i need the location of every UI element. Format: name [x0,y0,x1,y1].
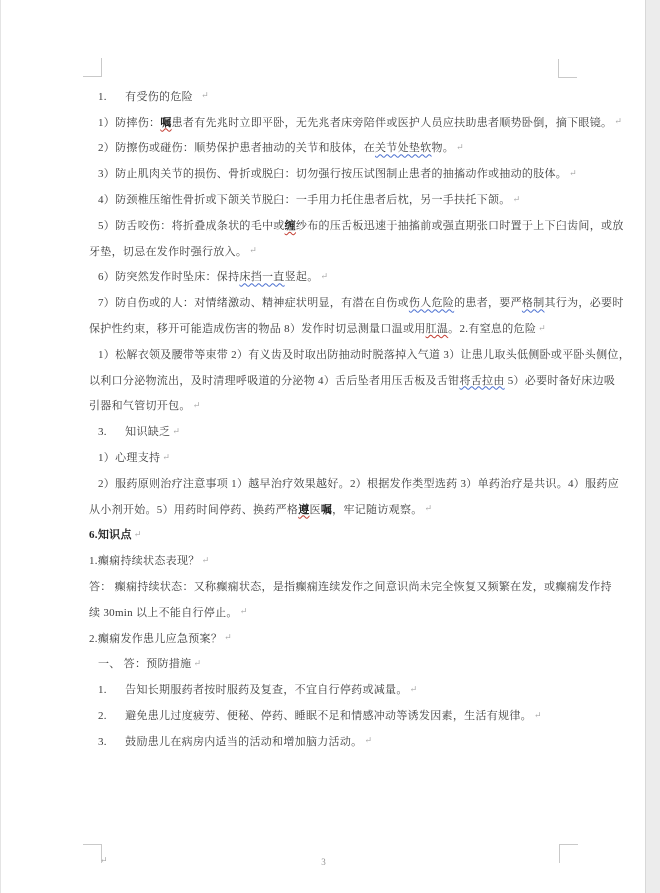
margin-corner-mark-top-left [83,58,102,77]
spellcheck-marked-text: 嘱 [160,114,171,130]
text-run: 6.知识点 [89,526,132,542]
paragraph-mark-icon: ↵ [193,400,201,411]
text-line[interactable]: 2）服药原则治疗注意事项 1）越早治疗效果越好。2）根据发作类型选药 3）单药治… [1,470,660,496]
document-body[interactable]: 1. 有受伤的危险 ↵1）防摔伤：嘱患者有先兆时立即平卧，无先兆者床旁陪伴或医护… [1,83,660,754]
text-line[interactable]: 1.癫痫持续状态表现？↵ [1,547,660,573]
text-run: 保护性约束，移开可能造成伤害的物品 8）发作时切忌测量口温或用 [89,320,426,336]
text-line[interactable]: 3）防止肌肉关节的损伤、骨折或脱臼：切勿强行按压试图制止患者的抽搐动作或抽动的肢… [1,160,660,186]
text-run: 牙垫，切忌在发作时强行放入。 [89,243,247,259]
paragraph-mark-icon: ↵ [425,503,433,514]
paragraph-mark-icon: ↵ [538,323,546,334]
paragraph-mark-icon: ↵ [569,168,577,179]
text-line[interactable]: 6）防突然发作时坠床：保持床挡一直竖起。↵ [1,264,660,290]
text-line[interactable]: 1. 有受伤的危险 ↵ [1,83,660,109]
spellcheck-marked-text: 缠 [285,217,296,233]
text-line[interactable]: 以利口分泌物流出，及时清理呼吸道的分泌物 4）舌后坠者用压舌板及舌钳将舌拉由 5… [1,367,660,393]
paragraph-mark-icon: ↵ [249,245,257,256]
text-run: 1）心理支持 [98,449,160,465]
paragraph-mark-icon: ↵ [202,555,210,566]
paragraph-mark-icon: ↵ [224,632,232,643]
text-run: 。2.有窒息的危险 [448,320,536,336]
paragraph-mark-icon: ↵ [513,194,521,205]
text-line[interactable]: 答： 癫痫持续状态：又称癫痫状态，是指癫痫连续发作之间意识尚未完全恢复又频繁在发… [1,573,660,599]
text-run: 4）防颈椎压缩性骨折或下颌关节脱臼：一手用力托住患者后枕，另一手扶托下颌。 [98,191,511,207]
text-line[interactable]: 一、 答：预防措施↵ [1,651,660,677]
text-run: 答： 癫痫持续状态：又称癫痫状态，是指癫痫连续发作之间意识尚未完全恢复又频繁在发… [89,578,612,594]
text-line[interactable]: 牙垫，切忌在发作时强行放入。↵ [1,238,660,264]
text-run: 从小剂开始。5）用药时间停药、换药严格 [89,501,298,517]
text-run: 5）必要时备好床边吸 [505,372,616,388]
text-line[interactable]: 1）松解衣领及腰带等束带 2）有义齿及时取出防抽动时脱落掉入气道 3）让患儿取头… [1,341,660,367]
text-run: 其行为，必要时 [545,294,624,310]
text-line[interactable]: 引器和气管切开包。↵ [1,393,660,419]
paragraph-mark-icon: ↵ [240,606,248,617]
text-line[interactable]: 2.癫痫发作患儿应急预案？↵ [1,625,660,651]
text-run: 一、 答：预防措施 [98,655,191,671]
text-run: 5）防舌咬伤：将折叠成条状的毛中或 [98,217,285,233]
paragraph-mark-icon: ↵ [162,452,170,463]
text-line[interactable]: 保护性约束，移开可能造成伤害的物品 8）发作时切忌测量口温或用肛温。2.有窒息的… [1,315,660,341]
text-run: 引器和气管切开包。 [89,397,191,413]
text-run: 1. 告知长期服药者按时服药及复查，不宜自行停药或减量。 [98,681,408,697]
text-line[interactable]: 1）防摔伤：嘱患者有先兆时立即平卧，无先兆者床旁陪伴或医护人员应扶助患者顺势卧倒… [1,109,660,135]
text-line[interactable]: 3. 知识缺乏↵ [1,418,660,444]
spellcheck-marked-text: 格制 [522,294,545,310]
spellcheck-marked-text: 肛温 [426,320,449,336]
spellcheck-marked-text: 关节处垫软 [375,139,432,155]
text-run: ，牢记随访观察。 [332,501,422,517]
text-run: 竖起。 [285,268,319,284]
page-number: 3 [1,857,646,867]
text-run: 2. 避免患儿过度疲劳、便秘、停药、睡眠不足和情感冲动等诱发因素，生活有规律。 [98,707,532,723]
text-line[interactable]: 1. 告知长期服药者按时服药及复查，不宜自行停药或减量。↵ [1,676,660,702]
text-line[interactable]: 7）防自伤或的人：对情绪激动、精神症状明显，有潜在自伤或伤人危险的患者，要严格制… [1,289,660,315]
text-run: 1）防摔伤： [98,114,160,130]
text-run: 的患者，要严 [454,294,522,310]
text-line[interactable]: 5）防舌咬伤：将折叠成条状的毛中或缠纱布的压舌板迅速于抽搐前或强直期张口时置于上… [1,212,660,238]
spellcheck-marked-text: 遵 [298,501,309,517]
paragraph-mark-icon: ↵ [534,710,542,721]
text-run: 2）防擦伤或碰伤：顺势保护患者抽动的关节和肢体，在 [98,139,375,155]
text-run: 续 30min 以上不能自行停止。 [89,604,238,620]
text-run: 1.癫痫持续状态表现？ [89,552,200,568]
text-run: 2）服药原则治疗注意事项 1）越早治疗效果越好。2）根据发作类型选药 3）单药治… [98,475,619,491]
paragraph-mark-icon: ↵ [172,426,180,437]
text-run: 2.癫痫发作患儿应急预案？ [89,630,222,646]
text-line[interactable]: 4）防颈椎压缩性骨折或下颌关节脱臼：一手用力托住患者后枕，另一手扶托下颌。↵ [1,186,660,212]
paragraph-mark-icon: ↵ [134,529,142,540]
margin-corner-mark-top-right [558,59,577,78]
paragraph-mark-icon: ↵ [410,684,418,695]
paragraph-mark-icon: ↵ [193,658,201,669]
window-edge-strip [645,0,660,893]
text-run: 3. 知识缺乏 [98,423,170,439]
spellcheck-marked-text: 床挡一直 [239,268,284,284]
paragraph-mark-icon: ↵ [364,735,372,746]
paragraph-mark-icon: ↵ [201,90,209,101]
text-line[interactable]: 1）心理支持↵ [1,444,660,470]
text-run: 患者有先兆时立即平卧，无先兆者床旁陪伴或医护人员应扶助患者顺势卧倒，摘下眼镜。 [172,114,613,130]
document-page[interactable]: 1. 有受伤的危险 ↵1）防摔伤：嘱患者有先兆时立即平卧，无先兆者床旁陪伴或医护… [0,0,660,893]
paragraph-mark-icon: ↵ [321,271,329,282]
text-line[interactable]: 2）防擦伤或碰伤：顺势保护患者抽动的关节和肢体，在关节处垫软物。↵ [1,135,660,161]
text-line[interactable]: 3. 鼓励患儿在病房内适当的活动和增加脑力活动。↵ [1,728,660,754]
paragraph-mark-icon: ↵ [614,116,622,127]
spellcheck-marked-text: 伤人危险 [409,294,454,310]
text-line[interactable]: 2. 避免患儿过度疲劳、便秘、停药、睡眠不足和情感冲动等诱发因素，生活有规律。↵ [1,702,660,728]
paragraph-mark-icon: ↵ [456,142,464,153]
text-run: 纱布的压舌板迅速于抽搐前或强直期张口时置于上下臼齿间，或放 [296,217,624,233]
text-run: 3）防止肌肉关节的损伤、骨折或脱臼：切勿强行按压试图制止患者的抽搐动作或抽动的肢… [98,165,567,181]
spellcheck-marked-text: 将舌拉由 [459,372,504,388]
text-run: 3. 鼓励患儿在病房内适当的活动和增加脑力活动。 [98,733,362,749]
text-line[interactable]: 续 30min 以上不能自行停止。↵ [1,599,660,625]
text-run: 6）防突然发作时坠床：保持 [98,268,239,284]
text-run: 医 [310,501,321,517]
text-run: 1. 有受伤的危险 [98,88,199,104]
text-run: 以利口分泌物流出，及时清理呼吸道的分泌物 4）舌后坠者用压舌板及舌钳 [89,372,459,388]
text-line[interactable]: 6.知识点↵ [1,522,660,548]
text-run: 物。 [432,139,455,155]
text-run: 7）防自伤或的人：对情绪激动、精神症状明显，有潜在自伤或 [98,294,409,310]
text-run: 嘱 [321,501,332,517]
text-run: 1）松解衣领及腰带等束带 2）有义齿及时取出防抽动时脱落掉入气道 3）让患儿取头… [98,346,630,362]
text-line[interactable]: 从小剂开始。5）用药时间停药、换药严格遵医嘱，牢记随访观察。↵ [1,496,660,522]
